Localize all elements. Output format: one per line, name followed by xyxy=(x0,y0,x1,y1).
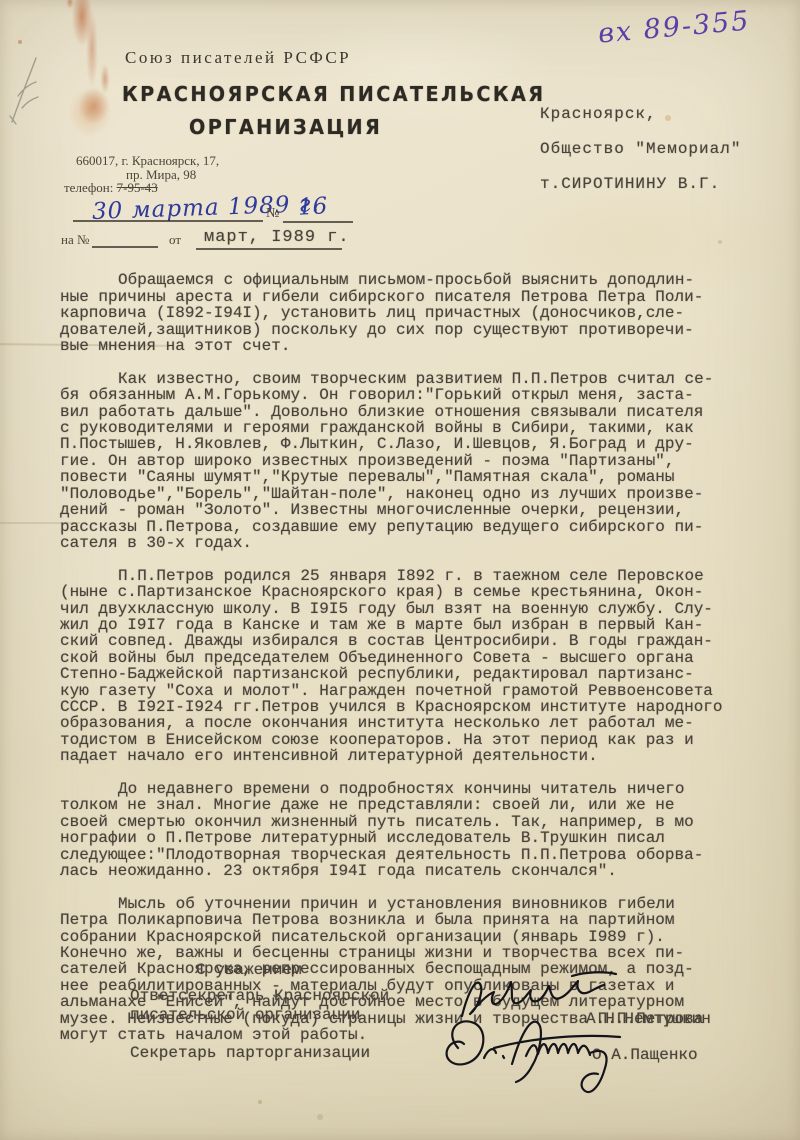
recipient-line-org: Общество "Мемориал" xyxy=(540,140,741,158)
from-label: от xyxy=(169,232,181,248)
ref-blank-underline xyxy=(92,246,158,248)
signatory-title-1: Ответсекретарь Красноярской писательской… xyxy=(130,987,389,1025)
signature-pashchenko xyxy=(424,1008,659,1113)
paragraph-2: Как известно, своим творческим развитием… xyxy=(60,371,770,551)
phone-number: 7-95-43 xyxy=(117,180,158,195)
paragraph-4: До недавнего времени о подробностях конч… xyxy=(60,781,770,879)
date-underline xyxy=(73,220,263,222)
typed-date: март, I989 г. xyxy=(204,228,350,247)
recipient-line-person: т.СИРОТИНИНУ В.Г. xyxy=(540,175,720,193)
handwritten-number: 16 xyxy=(297,193,328,220)
recipient-line-city: Красноярск, xyxy=(540,105,657,123)
typed-date-underline xyxy=(196,248,342,250)
org-title-line2: ОРГАНИЗАЦИЯ xyxy=(189,115,382,139)
salutation: С уважением xyxy=(196,961,302,979)
registration-mark: вх 89-355 xyxy=(597,5,752,49)
number-sign: № xyxy=(266,206,279,222)
ref-label: на № xyxy=(61,232,89,248)
signatory-title-2: Секретарь парторганизации xyxy=(130,1044,370,1062)
paragraph-1: Обращаемся с официальным письмом-просьбо… xyxy=(60,272,770,354)
scanned-letter-page: вх 89-355 Союз писателей РСФСР КРАСНОЯРС… xyxy=(0,0,800,1140)
org-title-line1: КРАСНОЯРСКАЯ ПИСАТЕЛЬСКАЯ xyxy=(122,82,545,106)
number-underline xyxy=(283,221,353,223)
phone-label: телефон: xyxy=(64,180,113,195)
paper-specks xyxy=(18,40,22,44)
letter-body: Обращаемся с официальным письмом-просьбо… xyxy=(60,256,770,1060)
phone-line: телефон: 7-95-43 xyxy=(64,180,158,196)
pencil-scribble xyxy=(2,52,50,130)
paragraph-3: П.П.Петров родился 25 января I892 г. в т… xyxy=(60,568,770,765)
union-name: Союз писателей РСФСР xyxy=(125,48,351,68)
rust-stain xyxy=(50,0,140,144)
